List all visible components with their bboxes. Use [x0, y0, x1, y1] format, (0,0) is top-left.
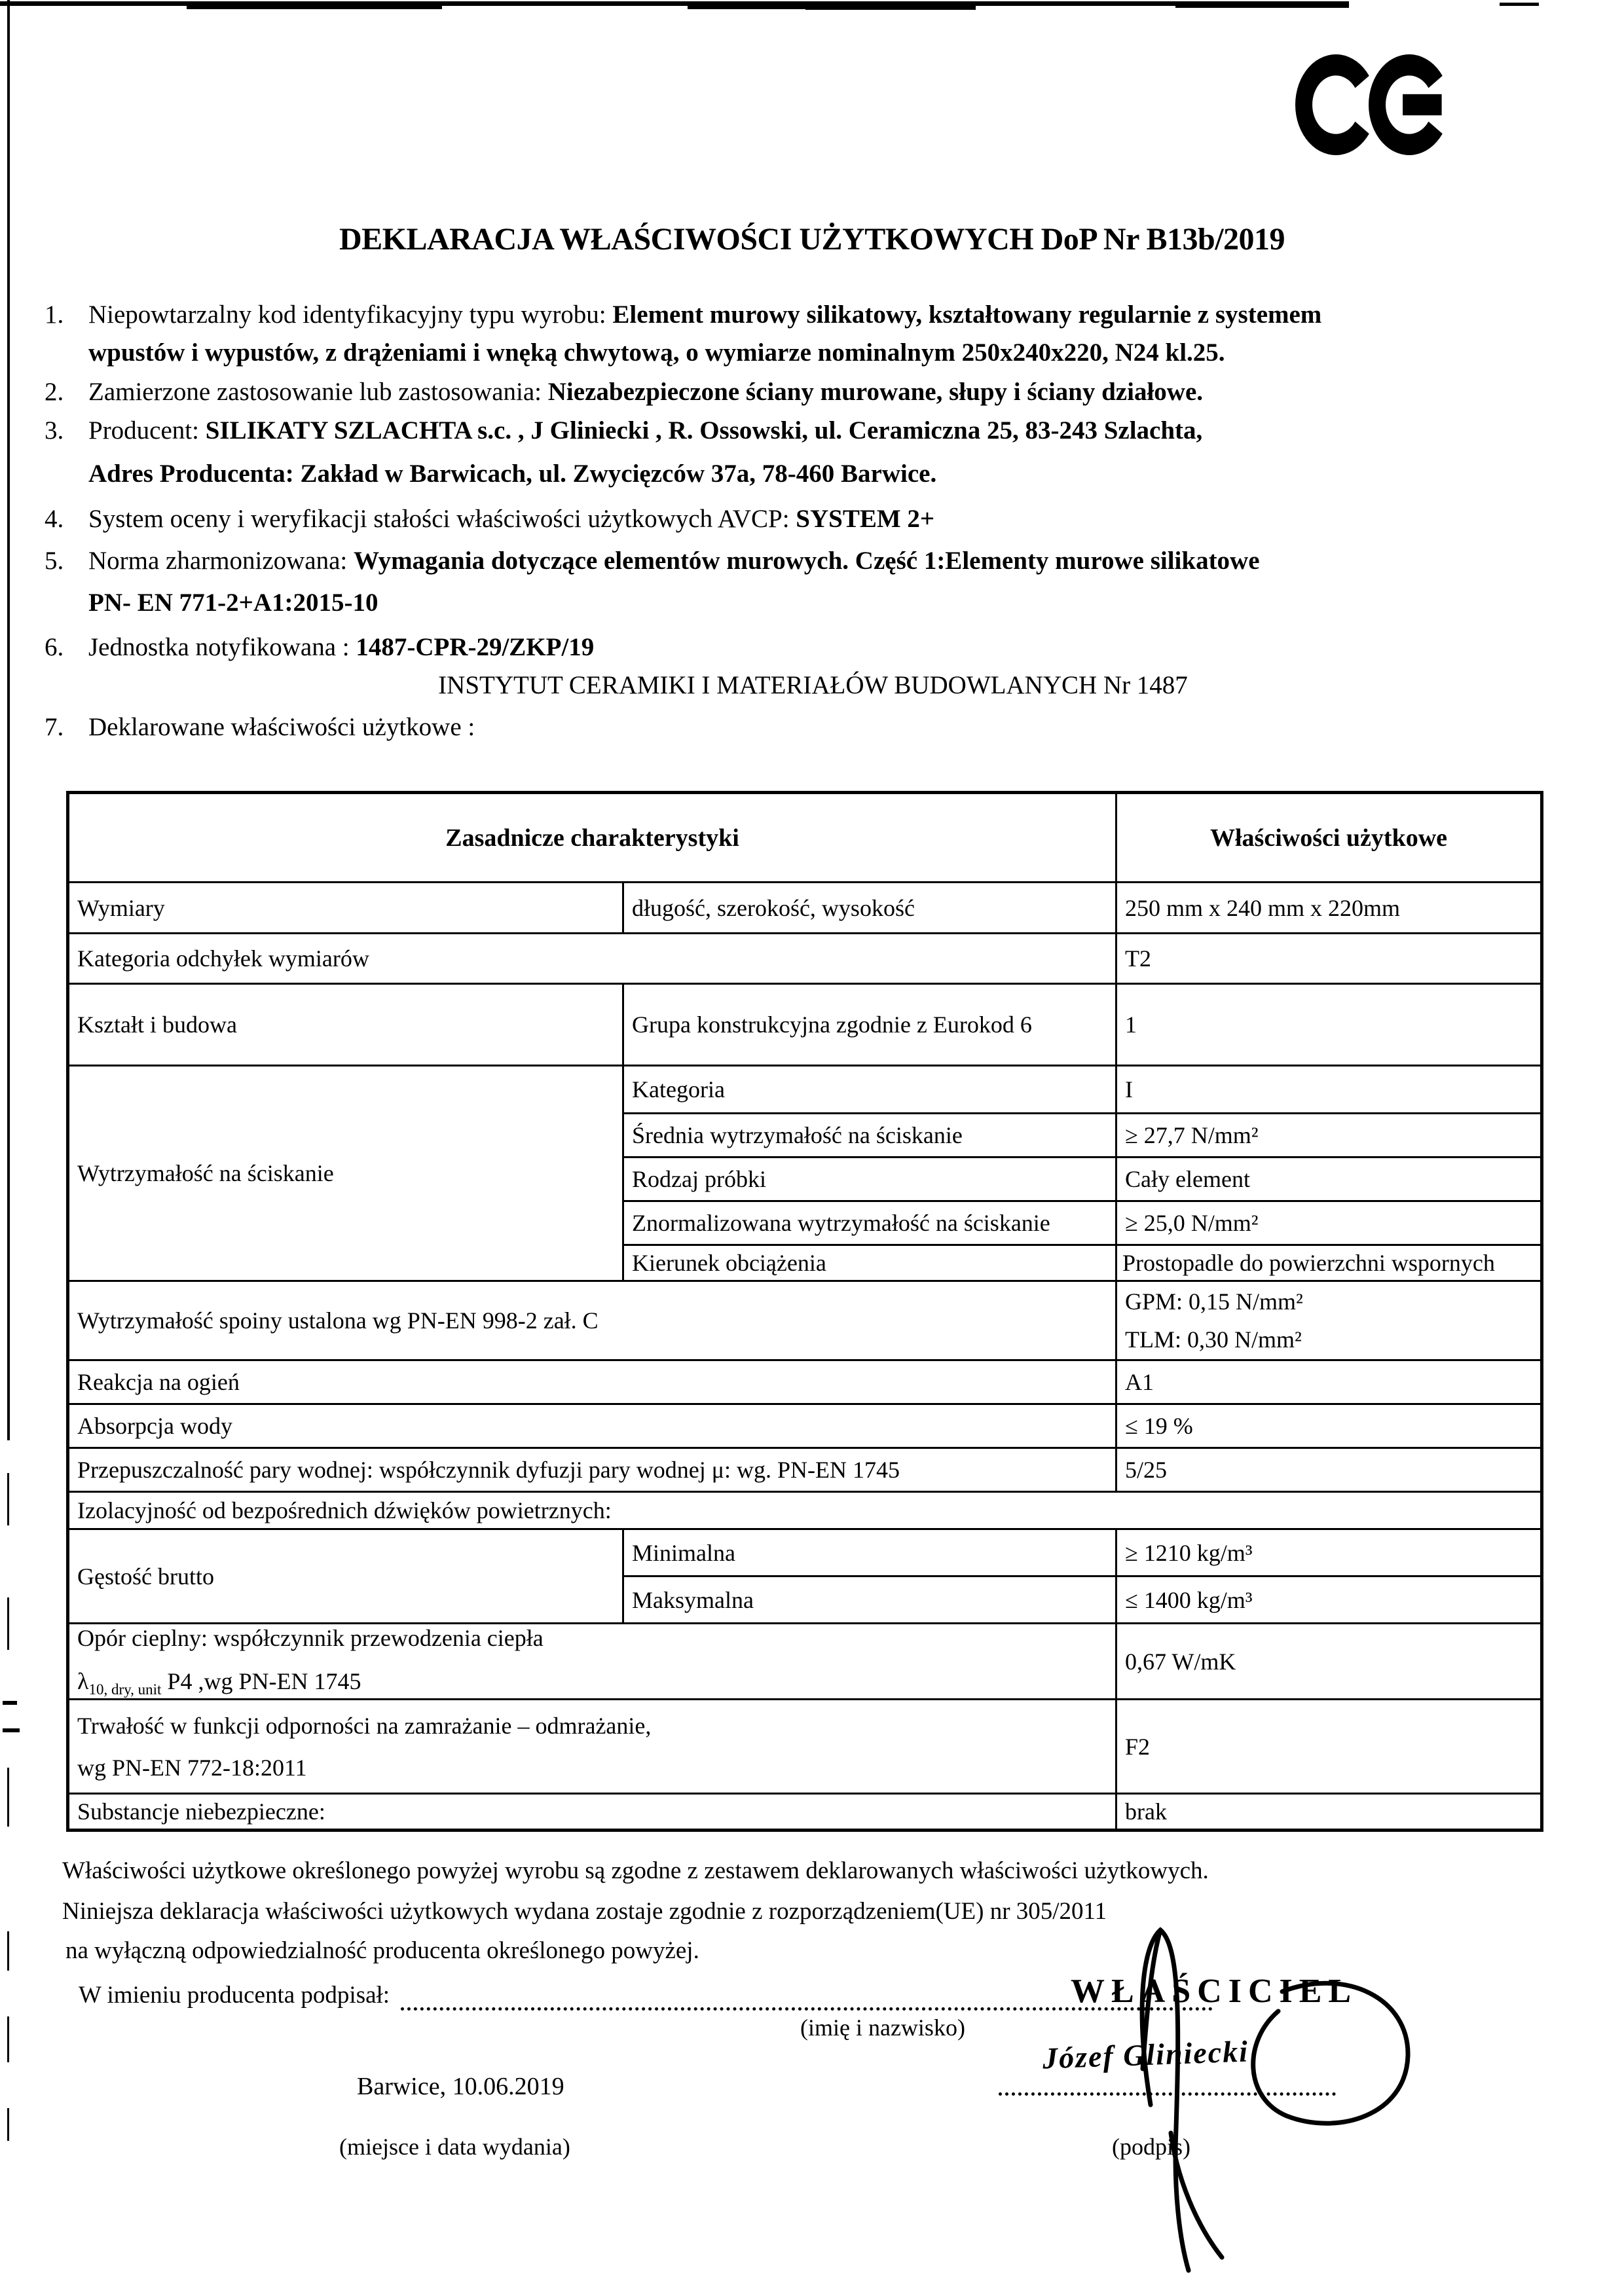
cell-value: ≥ 1210 kg/m³ [1116, 1529, 1542, 1576]
cell-value: 1 [1116, 984, 1542, 1066]
cell-label: Izolacyjność od bezpośrednich dźwięków p… [68, 1492, 1542, 1529]
cell-sublabel: Kierunek obciążenia [623, 1245, 1116, 1281]
item-text: System oceny i weryfikacji stałości właś… [88, 505, 796, 533]
signature-caption: (podpis) [1112, 2133, 1190, 2160]
header-characteristics: Zasadnicze charakterystyki [68, 793, 1116, 883]
list-item-line: Producent: SILIKATY SZLACHTA s.c. , J Gl… [88, 412, 1538, 450]
footer-paragraph-1: Właściwości użytkowe określonego powyżej… [62, 1857, 1209, 1885]
page-title: DEKLARACJA WŁAŚCIWOŚCI UŻYTKOWYCH DoP Nr… [0, 221, 1624, 257]
scan-artifact-left-dash [7, 1931, 9, 1971]
item-text-bold: SILIKATY SZLACHTA s.c. , J Gliniecki , R… [206, 416, 1203, 445]
cell-value: ≥ 25,0 N/mm² [1116, 1201, 1542, 1245]
name-caption: (imię i nazwisko) [800, 2014, 965, 2041]
lambda-subscript: 10, dry, unit [88, 1681, 161, 1698]
list-item-line: wpustów i wypustów, z drążeniami i wnęką… [88, 334, 1538, 372]
item-text-bold: Niezabezpieczone ściany murowane, słupy … [548, 378, 1203, 406]
scan-artifact-left-dash [3, 1728, 20, 1732]
cell-label: Absorpcja wody [68, 1404, 1116, 1448]
cell-label: Wytrzymałość spoiny ustalona wg PN-EN 99… [68, 1281, 1116, 1360]
cell-sublabel: Rodzaj próbki [623, 1157, 1116, 1201]
list-item-2: 2. Zamierzone zastosowanie lub zastosowa… [45, 373, 1538, 411]
list-item-line: Norma zharmonizowana: Wymagania dotycząc… [88, 542, 1538, 580]
table-header-row: Zasadnicze charakterystyki Właściwości u… [68, 793, 1542, 883]
item-text-bold: Wymagania dotyczące elementów murowych. … [354, 547, 1260, 575]
table-row: Izolacyjność od bezpośrednich dźwięków p… [68, 1492, 1542, 1529]
table-row: Absorpcja wody ≤ 19 % [68, 1404, 1542, 1448]
place-date-caption: (miejsce i data wydania) [339, 2133, 570, 2160]
cell-value: T2 [1116, 934, 1542, 984]
cell-label: Wymiary [68, 883, 623, 934]
cell-label: Wytrzymałość na ściskanie [68, 1066, 623, 1281]
scan-artifact-left-line [7, 0, 10, 1440]
item-text: Producent: [88, 416, 206, 445]
cell-value: F2 [1116, 1700, 1542, 1794]
list-item-6: 6. Jednostka notyfikowana : 1487-CPR-29/… [45, 629, 1538, 704]
cell-label: Gęstość brutto [68, 1529, 623, 1624]
list-item-number: 7. [45, 708, 79, 746]
list-item-7: 7. Deklarowane właściwości użytkowe : [45, 708, 1538, 746]
cell-sublabel: Minimalna [623, 1529, 1116, 1576]
item-text-bold: Element murowy silikatowy, kształtowany … [612, 301, 1321, 329]
list-item-number: 5. [45, 542, 79, 580]
cell-sublabel: Maksymalna [623, 1576, 1116, 1624]
list-item-line: PN- EN 771-2+A1:2015-10 [88, 584, 1538, 622]
cell-label: Kategoria odchyłek wymiarów [68, 934, 1116, 984]
place-and-date: Barwice, 10.06.2019 [357, 2072, 564, 2101]
cell-value: 5/25 [1116, 1448, 1542, 1492]
cell-value: brak [1116, 1794, 1542, 1831]
dop-document-page: DEKLARACJA WŁAŚCIWOŚCI UŻYTKOWYCH DoP Nr… [0, 0, 1624, 2296]
list-item-4: 4. System oceny i weryfikacji stałości w… [45, 500, 1538, 538]
cell-label: Trwałość w funkcji odporności na zamraża… [68, 1700, 1116, 1794]
scan-artifact-left-dash [7, 1768, 9, 1827]
table-row: Opór cieplny: współczynnik przewodzenia … [68, 1624, 1542, 1700]
cell-sublabel: Kategoria [623, 1066, 1116, 1114]
list-item-number: 1. [45, 296, 79, 334]
scan-artifact-left-dash [3, 1701, 17, 1705]
sign-on-behalf-label: W imieniu producenta podpisał: [79, 1981, 390, 2009]
item-text-bold: 1487-CPR-29/ZKP/19 [356, 633, 594, 661]
label-line: Trwałość w funkcji odporności na zamraża… [77, 1712, 1107, 1740]
scan-artifact-top-segment [187, 4, 442, 9]
scan-artifact-left-dash [7, 2016, 9, 2062]
table-row: Kształt i budowa Grupa konstrukcyjna zgo… [68, 984, 1542, 1066]
dotted-line [999, 2068, 1336, 2096]
cell-value: Prostopadle do powierzchni wspornych [1116, 1245, 1542, 1281]
cell-sublabel: Znormalizowana wytrzymałość na ściskanie [623, 1201, 1116, 1245]
scan-artifact-left-dash [7, 1597, 9, 1650]
cell-sublabel: Średnia wytrzymałość na ściskanie [623, 1114, 1116, 1157]
lambda-line: λ10, dry, unit P4 ,wg PN-EN 1745 [77, 1667, 1107, 1698]
cell-sublabel: długość, szerokość, wysokość [623, 883, 1116, 934]
list-item-line: Niepowtarzalny kod identyfikacyjny typu … [88, 296, 1538, 334]
list-item-5: 5. Norma zharmonizowana: Wymagania dotyc… [45, 542, 1538, 622]
ce-mark-icon [1290, 51, 1454, 158]
cell-value: 0,67 W/mK [1116, 1624, 1542, 1700]
performance-table: Zasadnicze charakterystyki Właściwości u… [66, 791, 1543, 1832]
list-item-number: 3. [45, 412, 79, 450]
scan-artifact-left-dash [7, 1473, 9, 1525]
label-line: Opór cieplny: współczynnik przewodzenia … [77, 1624, 1107, 1652]
table-row: Wytrzymałość na ściskanie Kategoria I [68, 1066, 1542, 1114]
list-item-line: Zamierzone zastosowanie lub zastosowania… [88, 373, 1538, 411]
table-row: Gęstość brutto Minimalna ≥ 1210 kg/m³ [68, 1529, 1542, 1576]
footer-paragraph-2: Niniejsza deklaracja właściwości użytkow… [62, 1897, 1107, 1925]
item-text: Norma zharmonizowana: [88, 547, 354, 575]
cell-value: ≥ 27,7 N/mm² [1116, 1114, 1542, 1157]
scan-artifact-top-segment [1175, 2, 1349, 8]
item-text: Zamierzone zastosowanie lub zastosowania… [88, 378, 548, 406]
lambda-symbol: λ [77, 1668, 88, 1694]
list-item-line: System oceny i weryfikacji stałości właś… [88, 500, 1538, 538]
list-item-line: Adres Producenta: Zakład w Barwicach, ul… [88, 455, 1538, 493]
table-row: Kategoria odchyłek wymiarów T2 [68, 934, 1542, 984]
cell-label: Kształt i budowa [68, 984, 623, 1066]
list-item-number: 6. [45, 629, 79, 666]
scan-artifact-top-segment [1500, 3, 1539, 6]
cell-value: I [1116, 1066, 1542, 1114]
cell-label: Substancje niebezpieczne: [68, 1794, 1116, 1831]
notified-body-name: INSTYTUT CERAMIKI I MATERIAŁÓW BUDOWLANY… [88, 666, 1538, 704]
value-line: TLM: 0,30 N/mm² [1125, 1321, 1532, 1358]
table-row: Wytrzymałość spoiny ustalona wg PN-EN 99… [68, 1281, 1542, 1360]
cell-value: A1 [1116, 1360, 1542, 1404]
cell-value: 250 mm x 240 mm x 220mm [1116, 883, 1542, 934]
scan-artifact-left-dash [7, 2108, 9, 2141]
table-row: Reakcja na ogień A1 [68, 1360, 1542, 1404]
list-item-number: 4. [45, 500, 79, 538]
cell-value: Cały element [1116, 1157, 1542, 1201]
item-text: Niepowtarzalny kod identyfikacyjny typu … [88, 301, 612, 329]
table-row: Wymiary długość, szerokość, wysokość 250… [68, 883, 1542, 934]
list-item-3: 3. Producent: SILIKATY SZLACHTA s.c. , J… [45, 412, 1538, 493]
list-item-line: Jednostka notyfikowana : 1487-CPR-29/ZKP… [88, 629, 1538, 666]
label-line: wg PN-EN 772-18:2011 [77, 1754, 1107, 1781]
cell-sublabel: Grupa konstrukcyjna zgodnie z Eurokod 6 [623, 984, 1116, 1066]
cell-label: Przepuszczalność pary wodnej: współczynn… [68, 1448, 1116, 1492]
footer-paragraph-3: na wyłączną odpowiedzialność producenta … [65, 1937, 699, 1965]
list-item-line: Deklarowane właściwości użytkowe : [88, 708, 1538, 746]
table-row: Trwałość w funkcji odporności na zamraża… [68, 1700, 1542, 1794]
value-line: GPM: 0,15 N/mm² [1125, 1283, 1532, 1321]
list-item-number: 2. [45, 373, 79, 411]
list-item-1: 1. Niepowtarzalny kod identyfikacyjny ty… [45, 296, 1538, 372]
scan-artifact-top-segment [805, 4, 976, 10]
cell-value: GPM: 0,15 N/mm² TLM: 0,30 N/mm² [1116, 1281, 1542, 1360]
lambda-rest: P4 ,wg PN-EN 1745 [161, 1668, 361, 1694]
cell-value: ≤ 19 % [1116, 1404, 1542, 1448]
cell-label: Reakcja na ogień [68, 1360, 1116, 1404]
owner-title: WŁAŚCICIEL [1071, 1972, 1357, 2011]
item-text: Jednostka notyfikowana : [88, 633, 356, 661]
declaration-list: 1. Niepowtarzalny kod identyfikacyjny ty… [45, 296, 1538, 746]
cell-value: ≤ 1400 kg/m³ [1116, 1576, 1542, 1624]
table-row: Przepuszczalność pary wodnej: współczynn… [68, 1448, 1542, 1492]
header-performance: Właściwości użytkowe [1116, 793, 1542, 883]
table-row: Substancje niebezpieczne: brak [68, 1794, 1542, 1831]
cell-label: Opór cieplny: współczynnik przewodzenia … [68, 1624, 1116, 1700]
item-text-bold: SYSTEM 2+ [796, 505, 934, 533]
